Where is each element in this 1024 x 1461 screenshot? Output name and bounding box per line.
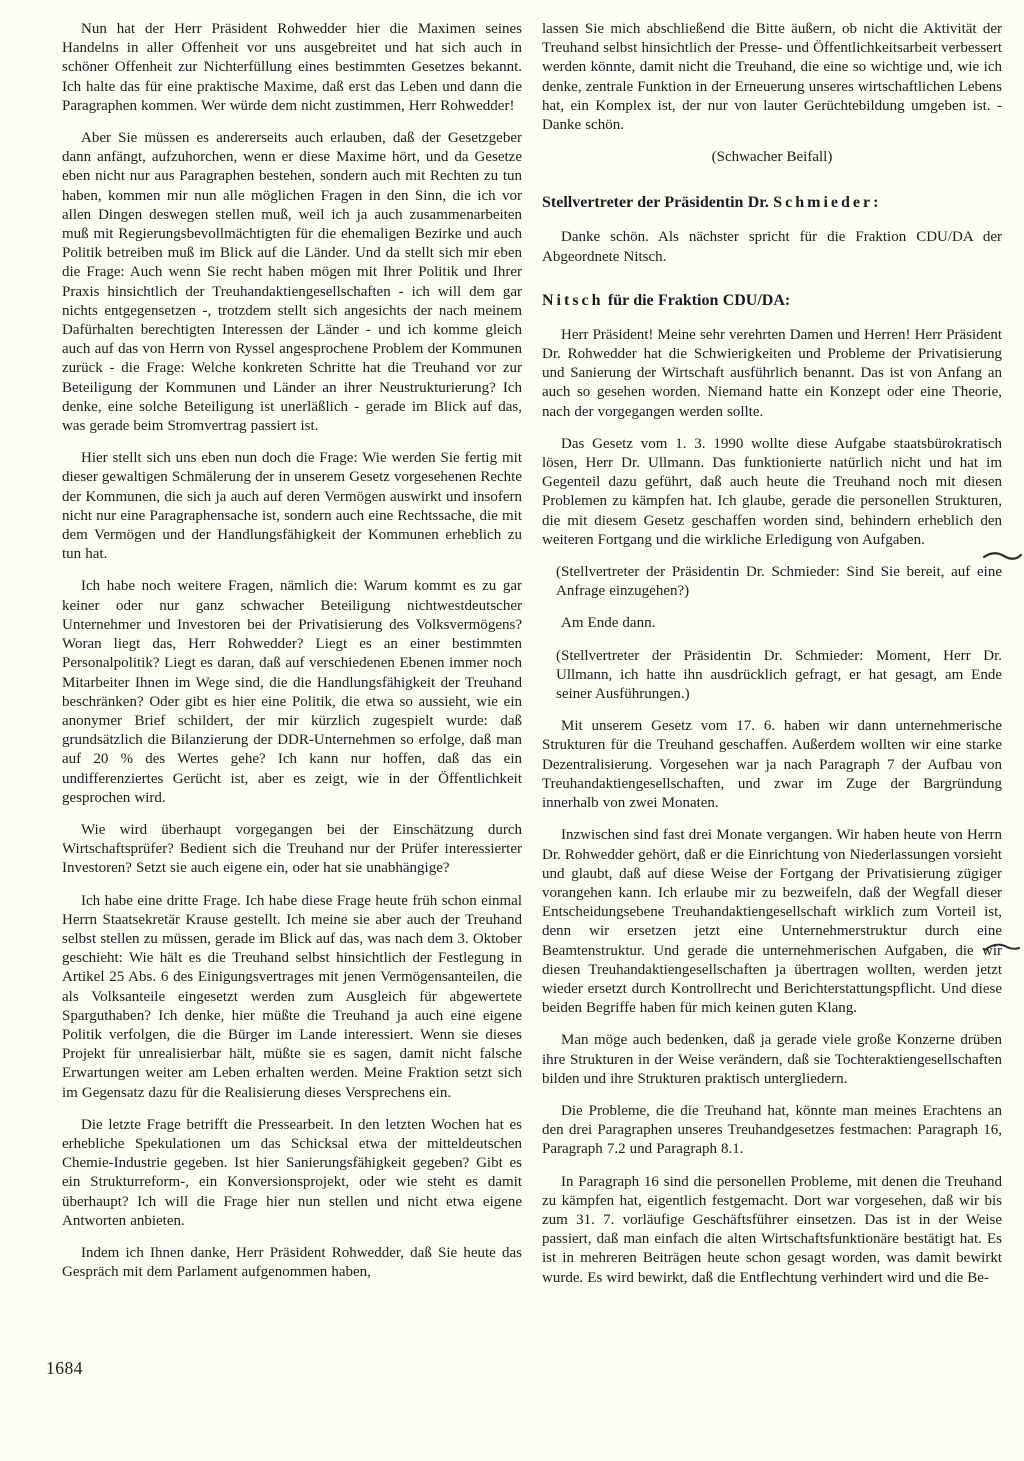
speaker-name: Schmieder [773,194,873,211]
paragraph: Das Gesetz vom 1. 3. 1990 wollte diese A… [542,435,1002,550]
paragraph: Ich habe noch weitere Fragen, nämlich di… [62,577,522,807]
speaker-name: Nitsch [542,292,604,309]
document-page: Nun hat der Herr Präsident Rohwedder hie… [0,0,1024,1461]
paragraph: Am Ende dann. [542,614,1002,633]
paragraph: Inzwischen sind fast drei Monate vergang… [542,826,1002,1018]
stage-direction: (Schwacher Beifall) [542,148,1002,167]
right-column: lassen Sie mich abschließend die Bitte ä… [542,20,1002,1301]
paragraph: Hier stellt sich uns eben nun doch die F… [62,449,522,564]
paragraph: Man möge auch bedenken, daß ja gerade vi… [542,1031,1002,1089]
paragraph: Nun hat der Herr Präsident Rohwedder hie… [62,20,522,116]
paragraph: Aber Sie müssen es andererseits auch erl… [62,129,522,436]
paragraph-continuation: lassen Sie mich abschließend die Bitte ä… [542,20,1002,135]
paragraph: Mit unserem Gesetz vom 17. 6. haben wir … [542,717,1002,813]
paragraph: Herr Präsident! Meine sehr verehrten Dam… [542,326,1002,422]
paragraph: In Paragraph 16 sind die personellen Pro… [542,1173,1002,1288]
page-number: 1684 [46,1358,83,1379]
speaker-heading-post: für die Fraktion CDU/DA: [604,292,791,309]
paragraph: Die Probleme, die die Treuhand hat, könn… [542,1102,1002,1160]
paragraph: Indem ich Ihnen danke, Herr Präsident Ro… [62,1244,522,1282]
scan-artifact [1000,520,1024,564]
left-column: Nun hat der Herr Präsident Rohwedder hie… [62,20,522,1295]
interjection: (Stellvertreter der Präsidentin Dr. Schm… [556,563,1002,601]
speaker-heading-post: : [873,194,878,211]
paragraph: Danke schön. Als nächster spricht für di… [542,228,1002,266]
paragraph: Wie wird überhaupt vorgegangen bei der E… [62,821,522,879]
paragraph: Ich habe eine dritte Frage. Ich habe die… [62,892,522,1103]
speaker-heading: Nitsch für die Fraktion CDU/DA: [542,291,1002,311]
paragraph: Die letzte Frage betrifft die Pressearbe… [62,1116,522,1231]
speaker-heading-pre: Stellvertreter der Präsidentin Dr. [542,194,773,211]
speaker-heading: Stellvertreter der Präsidentin Dr. Schmi… [542,193,1002,213]
interjection: (Stellvertreter der Präsidentin Dr. Schm… [556,647,1002,705]
